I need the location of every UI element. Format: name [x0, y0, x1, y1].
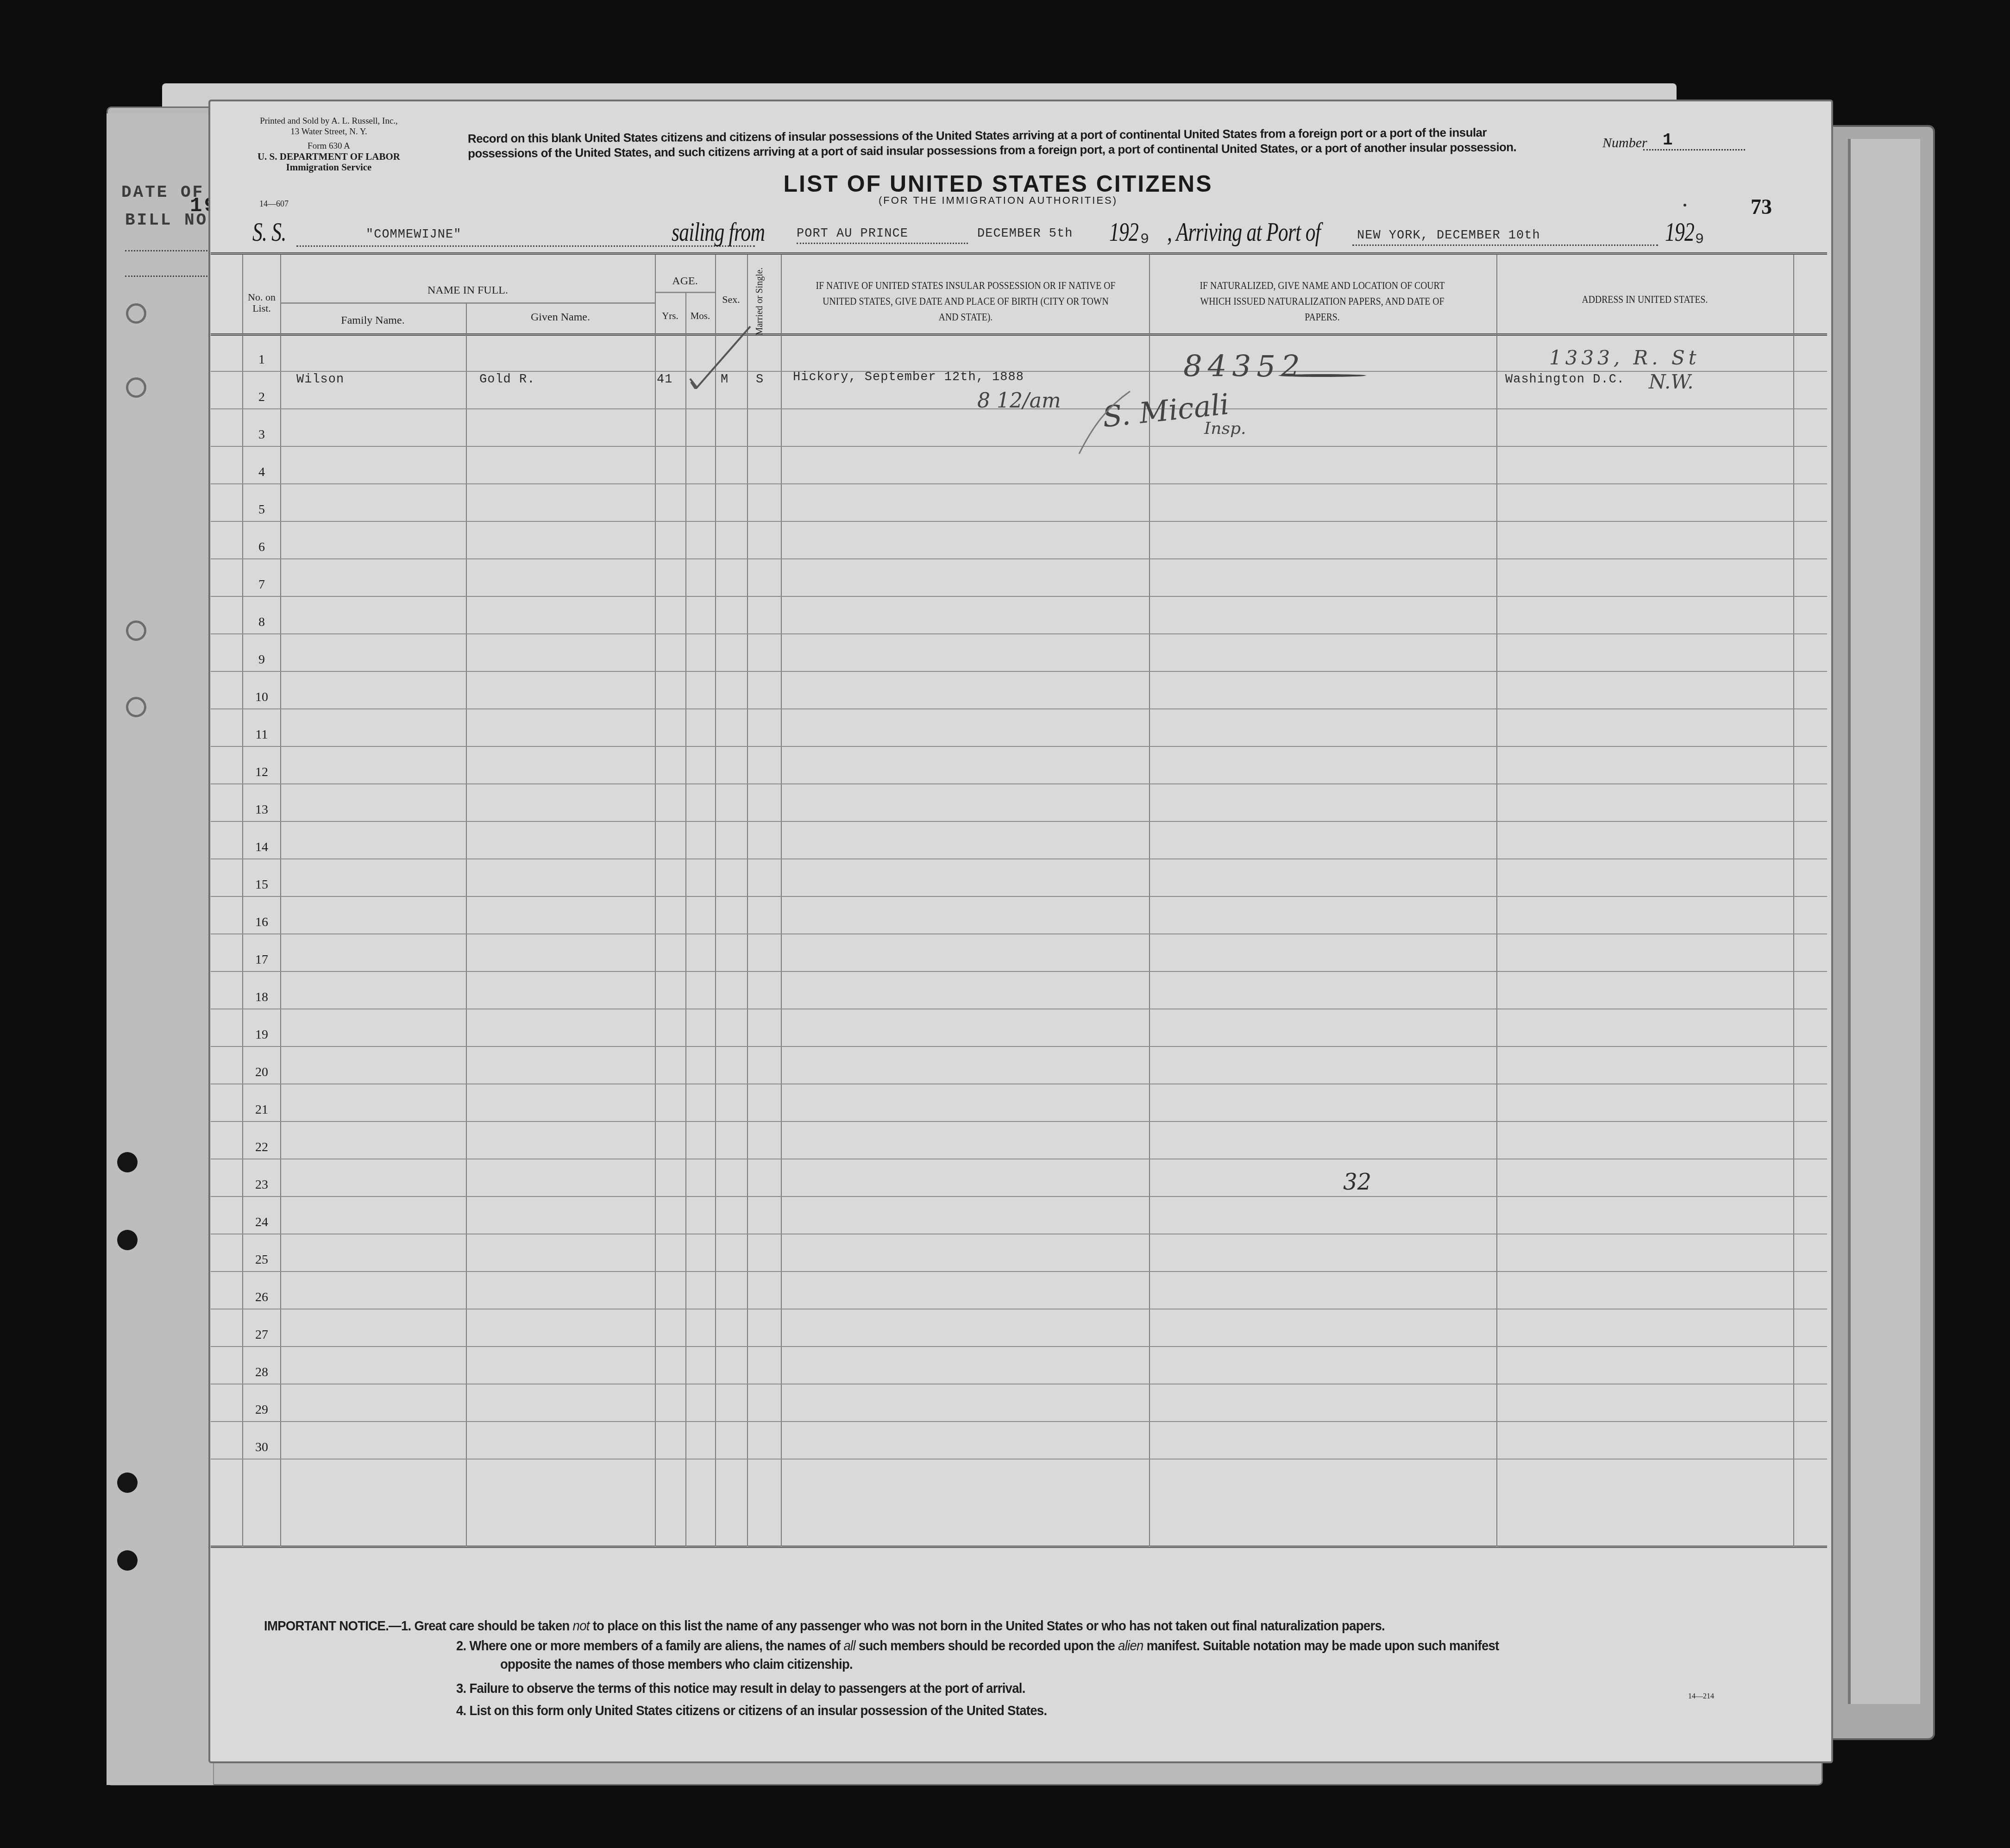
number-dotline [1643, 149, 1745, 150]
row-number: 21 [248, 1103, 276, 1117]
table-bottom-rule [211, 1546, 1827, 1548]
inspector-title: Insp. [1204, 419, 1246, 438]
back-stamp-line [125, 250, 213, 251]
arrival-port-date: NEW YORK, DECEMBER 10th [1357, 229, 1540, 243]
print-code: 14—214 [1688, 1692, 1714, 1701]
header-sex: Sex. [715, 292, 747, 307]
header-married-single: Married or Single. [754, 267, 765, 336]
table-row [211, 596, 1827, 597]
row-number: 6 [248, 540, 276, 555]
row-number: 8 [248, 615, 276, 630]
col-rule [685, 293, 686, 1547]
back-stamp-line [125, 276, 213, 277]
page-title: LIST OF UNITED STATES CITIZENS [709, 170, 1288, 197]
publisher-line1: Printed and Sold by A. L. Russell, Inc., [245, 116, 412, 126]
row-number: 9 [248, 652, 276, 667]
table-row [211, 858, 1827, 859]
departure-date: DECEMBER 5th [977, 227, 1073, 241]
birth-annotation: 8 12/am [977, 389, 1061, 413]
naturalized-annotation: 84352 [1183, 350, 1306, 384]
row-number: 11 [248, 727, 276, 742]
form-number: Form 630 A [245, 141, 412, 151]
row-number: 20 [248, 1065, 276, 1080]
notice-item-4: 4. List on this form only United States … [456, 1703, 1047, 1719]
notice-item-2-cont: opposite the names of those members who … [500, 1657, 853, 1673]
arrival-year-digit: 9 [1695, 231, 1704, 248]
row-number: 18 [248, 990, 276, 1005]
row-number: 27 [248, 1328, 276, 1342]
row-number: 17 [248, 952, 276, 967]
entry-address: Washington D.C. [1505, 373, 1625, 387]
row-number: 15 [248, 877, 276, 892]
header-age-yrs: Yrs. [655, 308, 685, 324]
table-row [211, 446, 1827, 447]
binder-hole-icon [117, 1550, 138, 1571]
entry-age-yrs: 41 [657, 373, 672, 387]
back-sheet-right-inner [1848, 139, 1920, 1704]
col-rule [1793, 255, 1794, 1547]
table-row [211, 521, 1827, 522]
table-row [211, 1271, 1827, 1272]
binder-hole-icon [126, 377, 146, 398]
row-number: 4 [248, 465, 276, 480]
ink-dot [1683, 204, 1686, 207]
number-label: Number [1602, 135, 1647, 151]
col-rule [242, 255, 243, 1547]
service: Immigration Service [245, 162, 412, 173]
header-given-name: Given Name. [466, 309, 655, 325]
table-row [211, 1309, 1827, 1309]
table-row [211, 971, 1827, 972]
col-rule [1496, 255, 1497, 1547]
row-number: 30 [248, 1440, 276, 1455]
table-row [211, 746, 1827, 747]
col-rule [466, 303, 467, 1547]
publisher-block: Printed and Sold by A. L. Russell, Inc.,… [245, 116, 412, 173]
entry-married-single: S [756, 373, 764, 387]
list-number: 1 [1663, 131, 1673, 150]
header-bottom-rule [211, 333, 1827, 336]
header-age-mos: Mos. [685, 308, 715, 324]
table-row [211, 483, 1827, 484]
page-annotation: 32 [1343, 1169, 1371, 1195]
header-naturalized: IF NATURALIZED, GIVE NAME AND LOCATION O… [1186, 278, 1459, 325]
back-stamp-bill: BILL NO. [125, 211, 220, 230]
row-number: 24 [248, 1215, 276, 1230]
address-annotation-street: 1333, R. St [1549, 346, 1700, 369]
table-row [211, 1046, 1827, 1047]
header-birth: IF NATIVE OF UNITED STATES INSULAR POSSE… [816, 278, 1116, 325]
departure-dotline [797, 243, 968, 244]
table-row [211, 708, 1827, 709]
publisher-line2: 13 Water Street, N. Y. [245, 126, 412, 137]
table-row [211, 1159, 1827, 1159]
table-row [211, 896, 1827, 897]
checkmark-icon [685, 324, 755, 389]
row-number: 19 [248, 1027, 276, 1042]
col-rule [1149, 255, 1150, 1547]
row-number: 12 [248, 765, 276, 780]
table-row [211, 1459, 1827, 1460]
table-row [211, 933, 1827, 934]
page-number: 73 [1751, 194, 1772, 219]
department: U. S. DEPARTMENT OF LABOR [245, 151, 412, 162]
row-number: 26 [248, 1290, 276, 1305]
col-rule [655, 255, 656, 1547]
name-header-divider [280, 302, 655, 304]
signature-stroke [1074, 389, 1139, 458]
header-name-in-full: NAME IN FULL. [280, 282, 655, 298]
col-rule [280, 255, 281, 1547]
row-number: 3 [248, 427, 276, 442]
binder-hole-icon [126, 697, 146, 717]
table-row [211, 671, 1827, 672]
notice-item-1: IMPORTANT NOTICE.—1. Great care should b… [264, 1618, 1385, 1634]
row-number: 13 [248, 802, 276, 817]
binder-hole-icon [117, 1230, 138, 1250]
table-row [211, 1421, 1827, 1422]
row-number: 29 [248, 1403, 276, 1417]
binder-hole-icon [126, 620, 146, 641]
table-row [211, 1009, 1827, 1009]
col-rule [781, 255, 782, 1547]
binder-hole-icon [126, 303, 146, 324]
table-row [211, 1121, 1827, 1122]
table-row [211, 1084, 1827, 1084]
row-number: 25 [248, 1253, 276, 1267]
row-number: 28 [248, 1365, 276, 1380]
header-no-on-list: No. on List. [245, 292, 278, 314]
entry-birth: Hickory, September 12th, 1888 [793, 370, 1024, 384]
row-number: 23 [248, 1178, 276, 1192]
sailing-label: sailing from [672, 218, 765, 247]
address-annotation-quadrant: N.W. [1649, 370, 1694, 393]
departure-year-prefix: 192 [1109, 218, 1138, 247]
annotation-underline [1278, 374, 1366, 377]
binder-hole-icon [117, 1152, 138, 1172]
ss-label: S. S. [252, 218, 286, 247]
row-number: 7 [248, 577, 276, 592]
row-number: 14 [248, 840, 276, 855]
row-number: 10 [248, 690, 276, 705]
notice-lead: IMPORTANT NOTICE.— [264, 1618, 401, 1634]
table-row [211, 1346, 1827, 1347]
arriving-label: , Arriving at Port of [1167, 218, 1320, 247]
binder-hole-icon [117, 1472, 138, 1493]
entry-given-name: Gold R. [479, 373, 535, 387]
page-subtitle: (FOR THE IMMIGRATION AUTHORITIES) [755, 194, 1241, 207]
row-number: 5 [248, 502, 276, 517]
table-row [211, 821, 1827, 822]
table-top-rule [211, 252, 1827, 255]
table-row [211, 1384, 1827, 1384]
header-family-name: Family Name. [280, 313, 465, 328]
ship-name: "COMMEWIJNE" [366, 228, 461, 242]
header-address: ADDRESS IN UNITED STATES. [1523, 292, 1767, 307]
row-number: 2 [248, 390, 276, 405]
notice-item-3: 3. Failure to observe the terms of this … [456, 1681, 1025, 1697]
row-number: 1 [248, 352, 276, 367]
arrival-year-prefix: 192 [1665, 218, 1694, 247]
departure-port: PORT AU PRINCE [797, 227, 908, 241]
arrival-dotline [1352, 244, 1658, 246]
col-rule [747, 255, 748, 1547]
col-rule [715, 255, 716, 1547]
notice-item-2: 2. Where one or more members of a family… [456, 1638, 1499, 1654]
form-code: 14—607 [259, 199, 289, 209]
departure-year-digit: 9 [1140, 231, 1149, 248]
table-row [211, 558, 1827, 559]
table-row [211, 783, 1827, 784]
back-sheet-left-strip [107, 113, 214, 1785]
age-header-divider [655, 292, 715, 293]
entry-family-name: Wilson [296, 373, 344, 387]
header-age: AGE. [655, 273, 715, 289]
row-number: 22 [248, 1140, 276, 1155]
table-row [211, 1234, 1827, 1234]
row-number: 16 [248, 915, 276, 930]
table-row [211, 1196, 1827, 1197]
table-row [211, 633, 1827, 634]
